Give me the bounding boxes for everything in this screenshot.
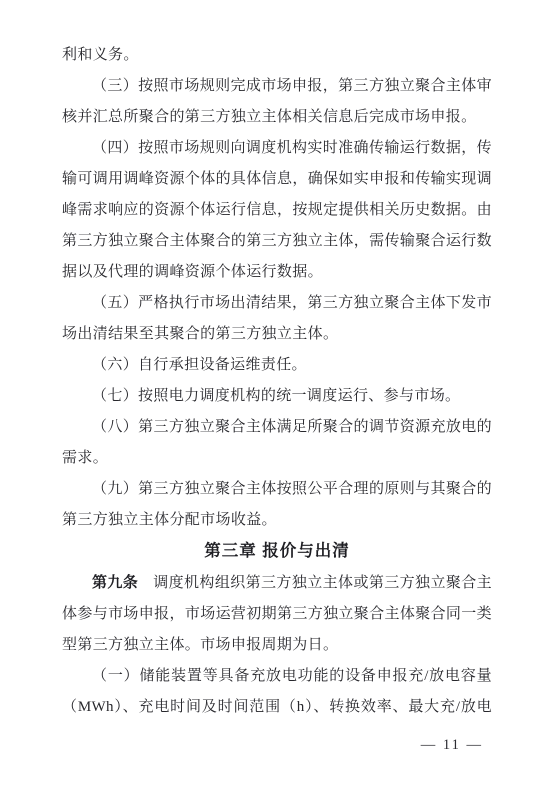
paragraph: 第九条调度机构组织第三方独立主体或第三方独立聚合主体参与市场申报，市场运营初期第… <box>62 567 492 661</box>
paragraph: （七）按照电力调度机构的统一调度运行、参与市场。 <box>62 381 492 412</box>
paragraph: （五）严格执行市场出清结果，第三方独立聚合主体下发市场出清结果至其聚合的第三方独… <box>62 288 492 350</box>
paragraph-continuation: 利和义务。 <box>62 40 492 71</box>
chapter-heading: 第三章 报价与出清 <box>62 536 492 567</box>
paragraph: （八）第三方独立聚合主体满足所聚合的调节资源充放电的需求。 <box>62 412 492 474</box>
paragraph: （九）第三方独立聚合主体按照公平合理的原则与其聚合的第三方独立主体分配市场收益。 <box>62 474 492 536</box>
paragraph: （一）储能装置等具备充放电功能的设备申报充/放电容量（MWh）、充电时间及时间范… <box>62 661 492 723</box>
article-number: 第九条 <box>92 574 138 591</box>
document-body: 利和义务。（三）按照市场规则完成市场申报，第三方独立聚合主体审核并汇总所聚合的第… <box>62 40 492 723</box>
document-page: 利和义务。（三）按照市场规则完成市场申报，第三方独立聚合主体审核并汇总所聚合的第… <box>0 0 553 800</box>
page-number: — 11 — <box>421 733 483 757</box>
paragraph: （三）按照市场规则完成市场申报，第三方独立聚合主体审核并汇总所聚合的第三方独立主… <box>62 71 492 133</box>
paragraph: （六）自行承担设备运维责任。 <box>62 350 492 381</box>
paragraph: （四）按照市场规则向调度机构实时准确传输运行数据，传输可调用调峰资源个体的具体信… <box>62 133 492 288</box>
